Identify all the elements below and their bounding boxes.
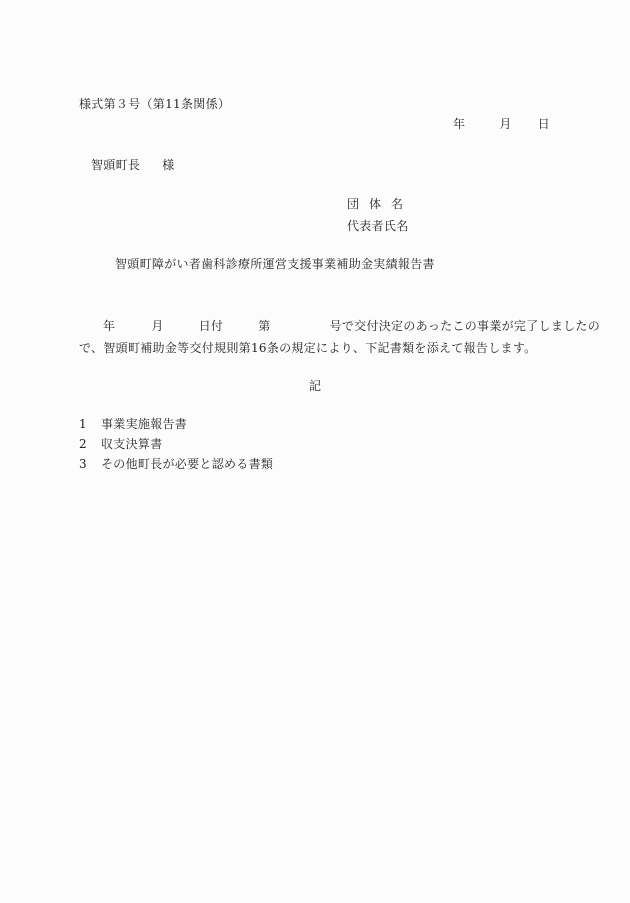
addressee-name: 智頭町長: [91, 158, 140, 172]
list-item: 1事業実施報告書: [79, 417, 273, 437]
attachment-list: 1事業実施報告書 2収支決算書 3その他町長が必要と認める書類: [79, 417, 273, 477]
list-item-label: 収支決算書: [101, 437, 163, 451]
addressee-honorific: 様: [162, 158, 174, 172]
day-label: 日: [538, 117, 550, 131]
list-item-label: その他町長が必要と認める書類: [101, 457, 273, 471]
list-item-number: 1: [79, 417, 101, 431]
document-page: 様式第３号（第11条関係） 年月日 智頭町長様 団体名 代表者氏名 智頭町障がい…: [0, 0, 630, 903]
body-day: 日付: [199, 319, 224, 333]
ki-heading: 記: [309, 379, 321, 393]
body-line-1: 年月日付第号で交付決定のあったこの事業が完了しましたの: [103, 319, 600, 333]
organization-name-label: 団体名: [347, 197, 413, 211]
addressee: 智頭町長様: [91, 158, 175, 172]
year-label: 年: [453, 117, 465, 131]
list-item: 2収支決算書: [79, 437, 273, 457]
month-label: 月: [499, 117, 511, 131]
list-item-label: 事業実施報告書: [101, 417, 187, 431]
list-item-number: 2: [79, 437, 101, 451]
body-month: 月: [151, 319, 163, 333]
form-number: 様式第３号（第11条関係）: [79, 97, 230, 111]
body-line-2: で、智頭町補助金等交付規則第16条の規定により、下記書類を添えて報告します。: [79, 341, 536, 355]
document-title: 智頭町障がい者歯科診療所運営支援事業補助金実績報告書: [115, 257, 435, 271]
list-item: 3その他町長が必要と認める書類: [79, 457, 273, 477]
date-line: 年月日: [453, 117, 550, 131]
list-item-number: 3: [79, 457, 101, 471]
representative-name-label: 代表者氏名: [347, 219, 409, 233]
body-line-1-rest: 号で交付決定のあったこの事業が完了しましたの: [330, 319, 600, 333]
body-year: 年: [103, 319, 115, 333]
body-number-prefix: 第: [258, 319, 270, 333]
